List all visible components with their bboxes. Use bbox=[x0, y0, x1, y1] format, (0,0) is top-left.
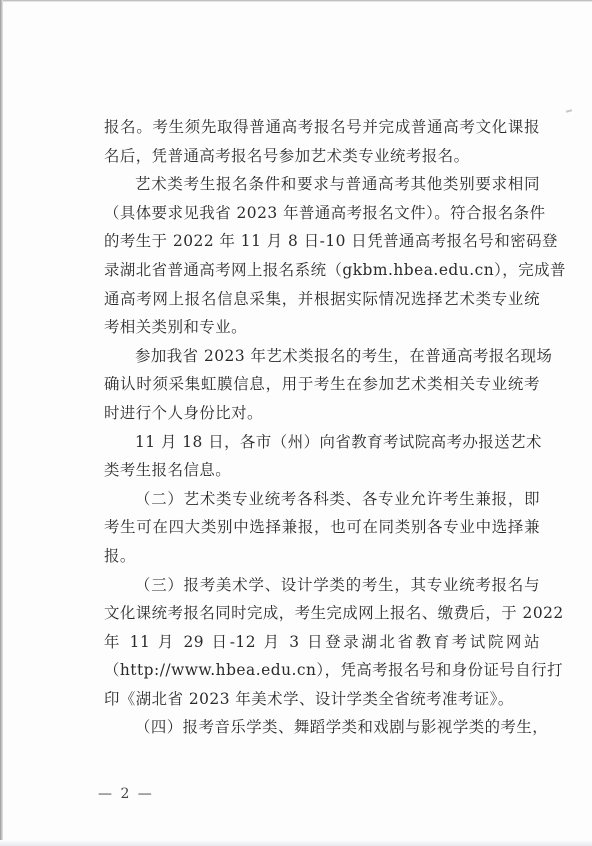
page-number: — 2 — bbox=[98, 786, 154, 802]
text-line: 的考生于 2022 年 11 月 8 日-10 日凭普通高考报名号和密码登 bbox=[104, 227, 540, 256]
scan-top-edge bbox=[0, 0, 592, 2]
text-line: 11 月 18 日，各市（州）向省教育考试院高考办报送艺术 bbox=[104, 428, 540, 457]
text-line: （四）报考音乐学类、舞蹈学类和戏剧与影视学类的考生， bbox=[104, 713, 540, 742]
text-line: 报。 bbox=[104, 542, 540, 571]
text-line: 报名。考生须先取得普通高考报名号并完成普通高考文化课报 bbox=[104, 113, 540, 142]
text-line: （http://www.hbea.edu.cn），凭高考报名号和身份证号自行打 bbox=[104, 656, 540, 685]
text-line: 考生可在四大类别中选择兼报，也可在同类别各专业中选择兼 bbox=[104, 513, 540, 542]
text-line: （具体要求见我省 2023 年普通高考报名文件）。符合报名条件 bbox=[104, 199, 540, 228]
text-line: 时进行个人身份比对。 bbox=[104, 399, 540, 428]
text-line: 年 11 月 29 日-12 月 3 日登录湖北省教育考试院网站 bbox=[104, 628, 540, 657]
text-line: 名后，凭普通高考报名号参加艺术类专业统考报名。 bbox=[104, 142, 540, 171]
scan-left-edge bbox=[0, 0, 3, 846]
text-line: 文化课统考报名同时完成，考生完成网上报名、缴费后，于 2022 bbox=[104, 599, 540, 628]
text-line: 录湖北省普通高考网上报名系统（gkbm.hbea.edu.cn），完成普 bbox=[104, 256, 540, 285]
text-line: 印《湖北省 2023 年美术学、设计学类全省统考准考证》。 bbox=[104, 685, 540, 714]
text-line: 通高考网上报名信息采集，并根据实际情况选择艺术类专业统 bbox=[104, 285, 540, 314]
scan-bottom-edge bbox=[0, 840, 592, 846]
text-line: （三）报考美术学、设计学类的考生，其专业统考报名与 bbox=[104, 571, 540, 600]
text-line: （二）艺术类专业统考各科类、各专业允许考生兼报，即 bbox=[104, 485, 540, 514]
document-body: 报名。考生须先取得普通高考报名号并完成普通高考文化课报名后，凭普通高考报名号参加… bbox=[104, 113, 540, 742]
text-line: 类考生报名信息。 bbox=[104, 456, 540, 485]
text-line: 艺术类考生报名条件和要求与普通高考其他类别要求相同 bbox=[104, 170, 540, 199]
scan-speck bbox=[566, 109, 572, 112]
text-line: 考相关类别和专业。 bbox=[104, 313, 540, 342]
text-line: 参加我省 2023 年艺术类报名的考生，在普通高考报名现场 bbox=[104, 342, 540, 371]
text-line: 确认时须采集虹膜信息，用于考生在参加艺术类相关专业统考 bbox=[104, 370, 540, 399]
